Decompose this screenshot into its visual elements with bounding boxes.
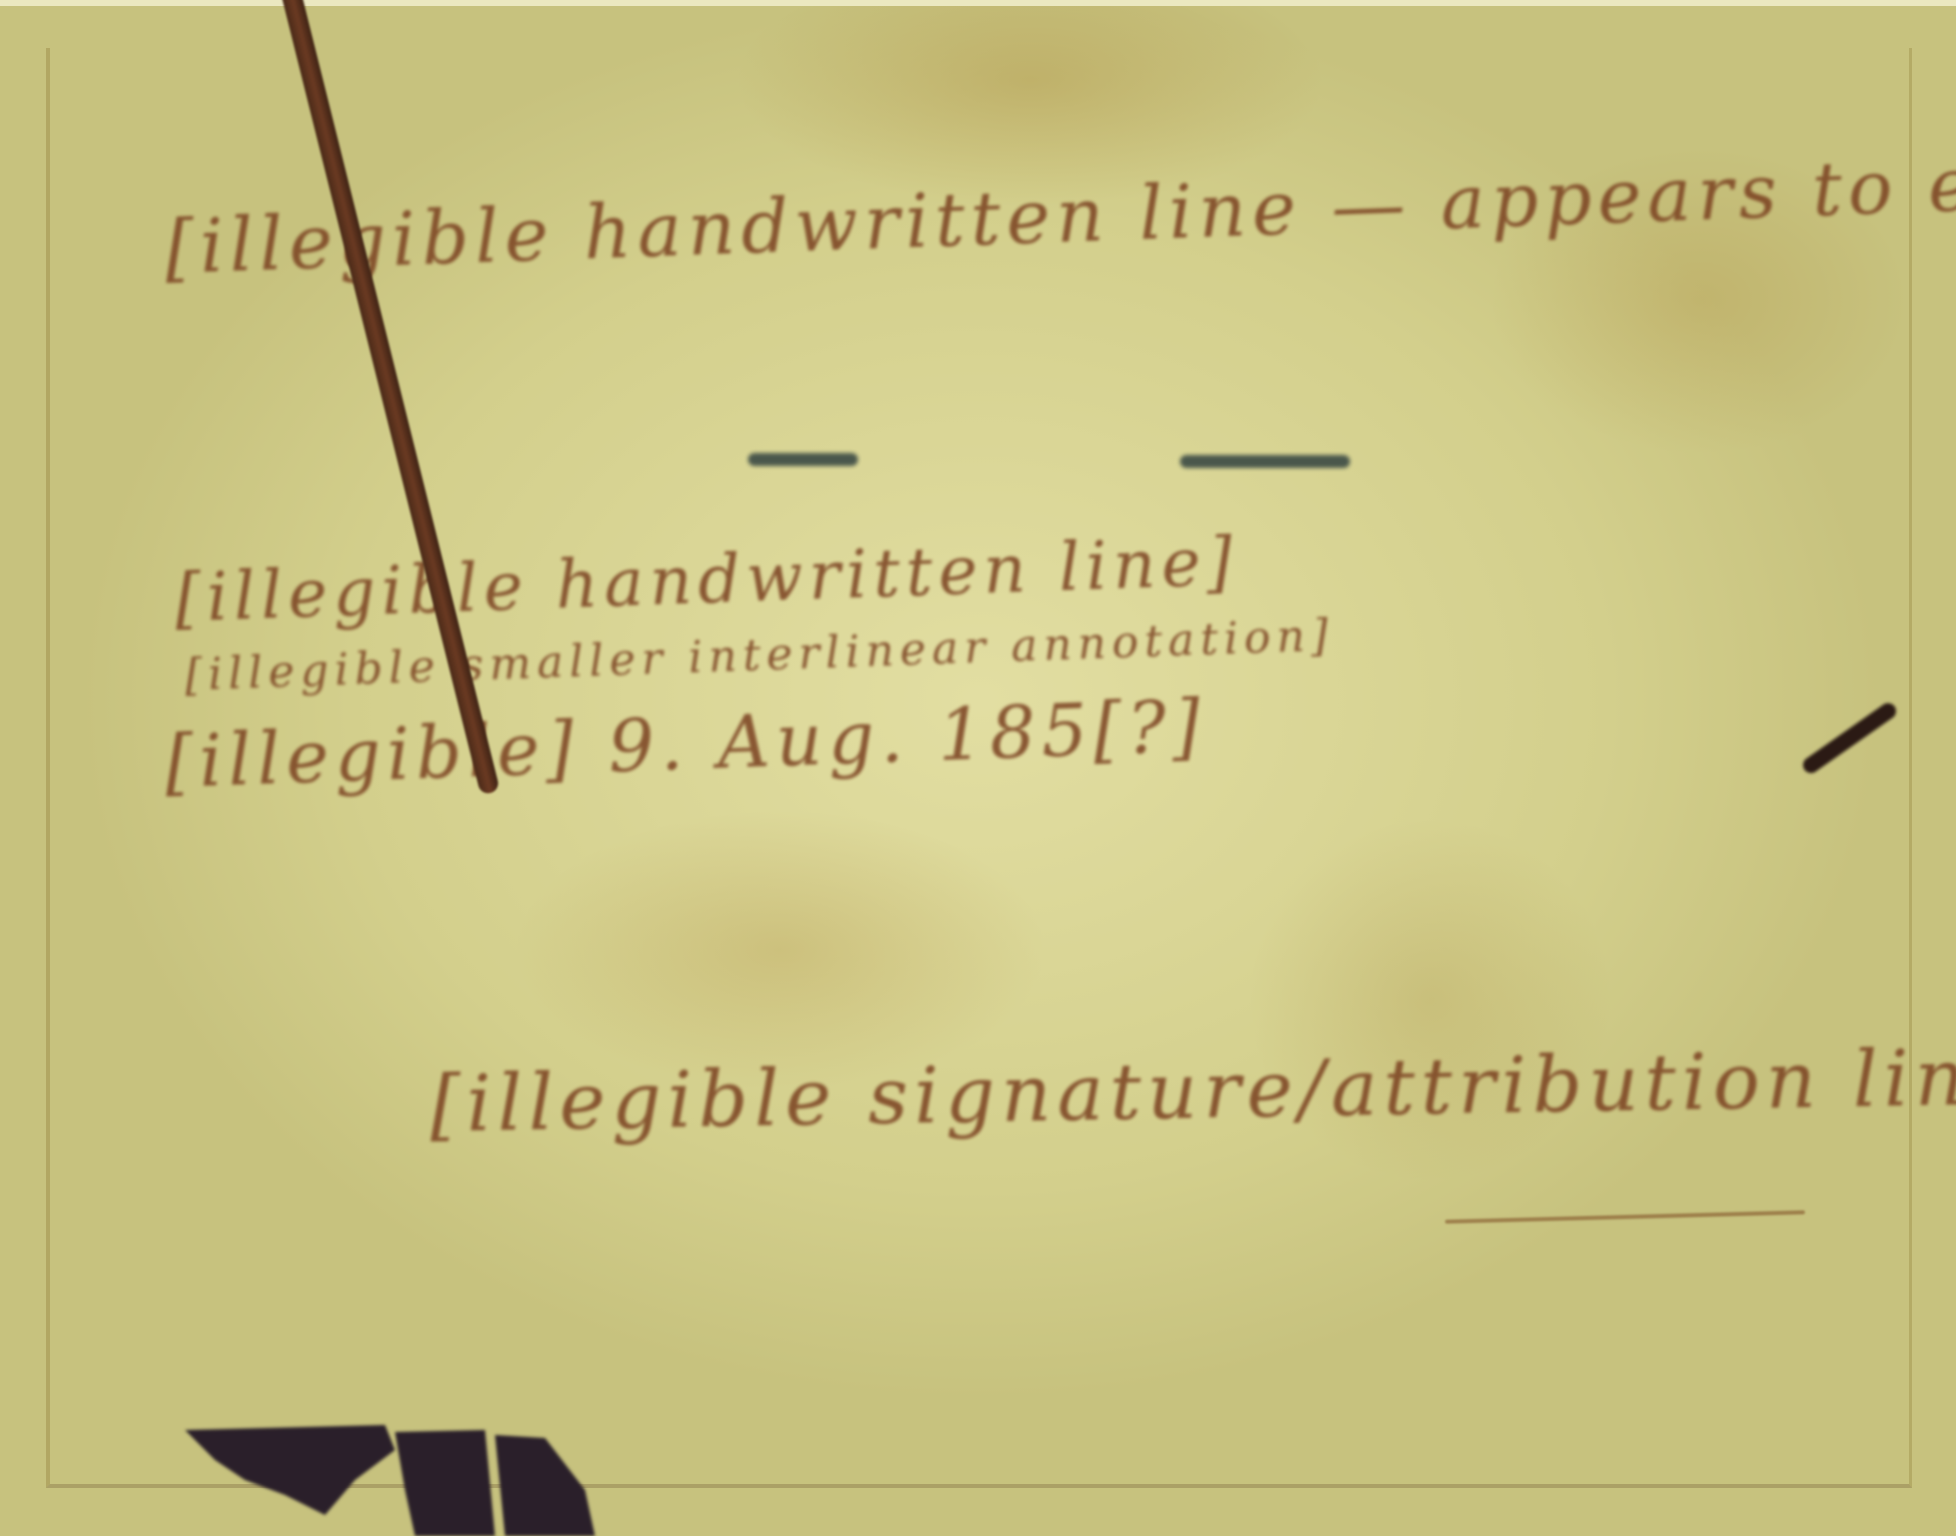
specimen-leaf-fragment	[185, 1420, 615, 1536]
separator-dash-right	[1180, 455, 1350, 468]
herbarium-label-photo: [illegible handwritten line — appears to…	[0, 0, 1956, 1536]
separator-dash-left	[748, 453, 858, 466]
